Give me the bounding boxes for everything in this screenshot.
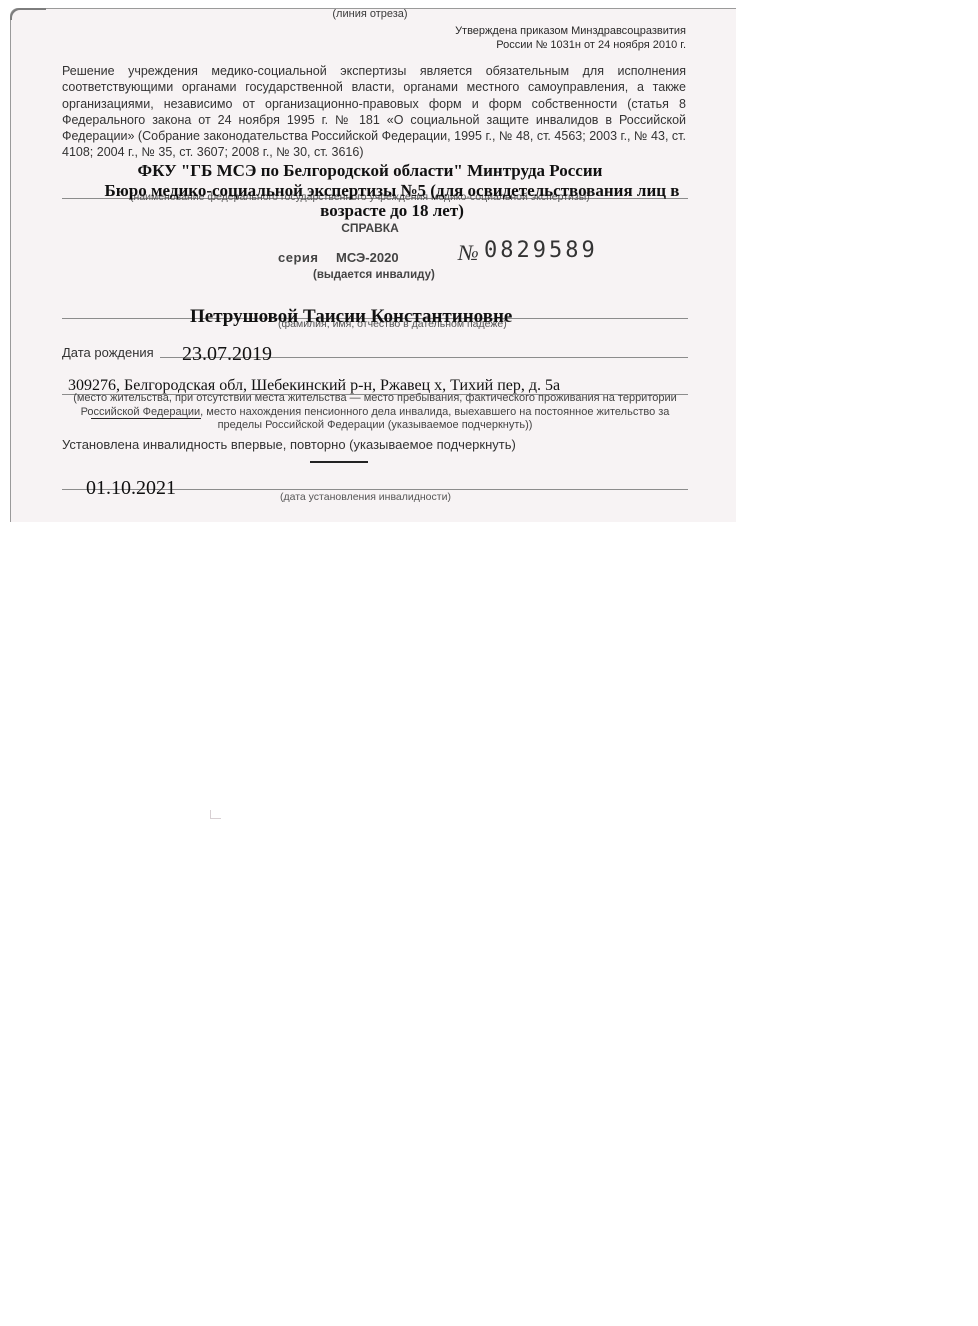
birth-date-label: Дата рождения (62, 345, 154, 360)
document-title: СПРАВКА (0, 221, 740, 235)
approval-line-2: России № 1031н от 24 ноября 2010 г. (455, 38, 686, 52)
address-caption: (место жительства, при отсутствии места … (62, 392, 688, 433)
repeat-option-underline-mark (310, 461, 368, 463)
cut-line-label: (линия отреза) (0, 8, 740, 20)
number-sign: № (458, 240, 479, 266)
disability-date-value: 01.10.2021 (86, 477, 176, 500)
disability-established-text: Установлена инвалидность впервые, повтор… (62, 437, 516, 452)
disability-date-caption: (дата установления инвалидности) (280, 491, 451, 503)
approval-note: Утверждена приказом Минздравсоцразвития … (455, 24, 686, 52)
organization-line-1: ФКУ "ГБ МСЭ по Белгородской области" Мин… (0, 161, 740, 181)
issued-to-note: (выдается инвалиду) (313, 269, 435, 281)
address-option-underline-mark (91, 418, 201, 419)
certificate-number: 0829589 (484, 238, 598, 263)
legal-notice: Решение учреждения медико-социальной экс… (62, 63, 686, 161)
series-value: МСЭ-2020 (336, 250, 399, 265)
birth-date-value: 23.07.2019 (182, 343, 272, 366)
approval-line-1: Утверждена приказом Минздравсоцразвития (455, 24, 686, 38)
scan-artifact-mark (210, 810, 221, 819)
series-label: серия (278, 250, 318, 265)
recipient-name: Петрушовой Таисии Константиновне (190, 306, 512, 328)
organization-line-2: Бюро медико-социальной экспертизы №5 (дл… (82, 181, 702, 221)
